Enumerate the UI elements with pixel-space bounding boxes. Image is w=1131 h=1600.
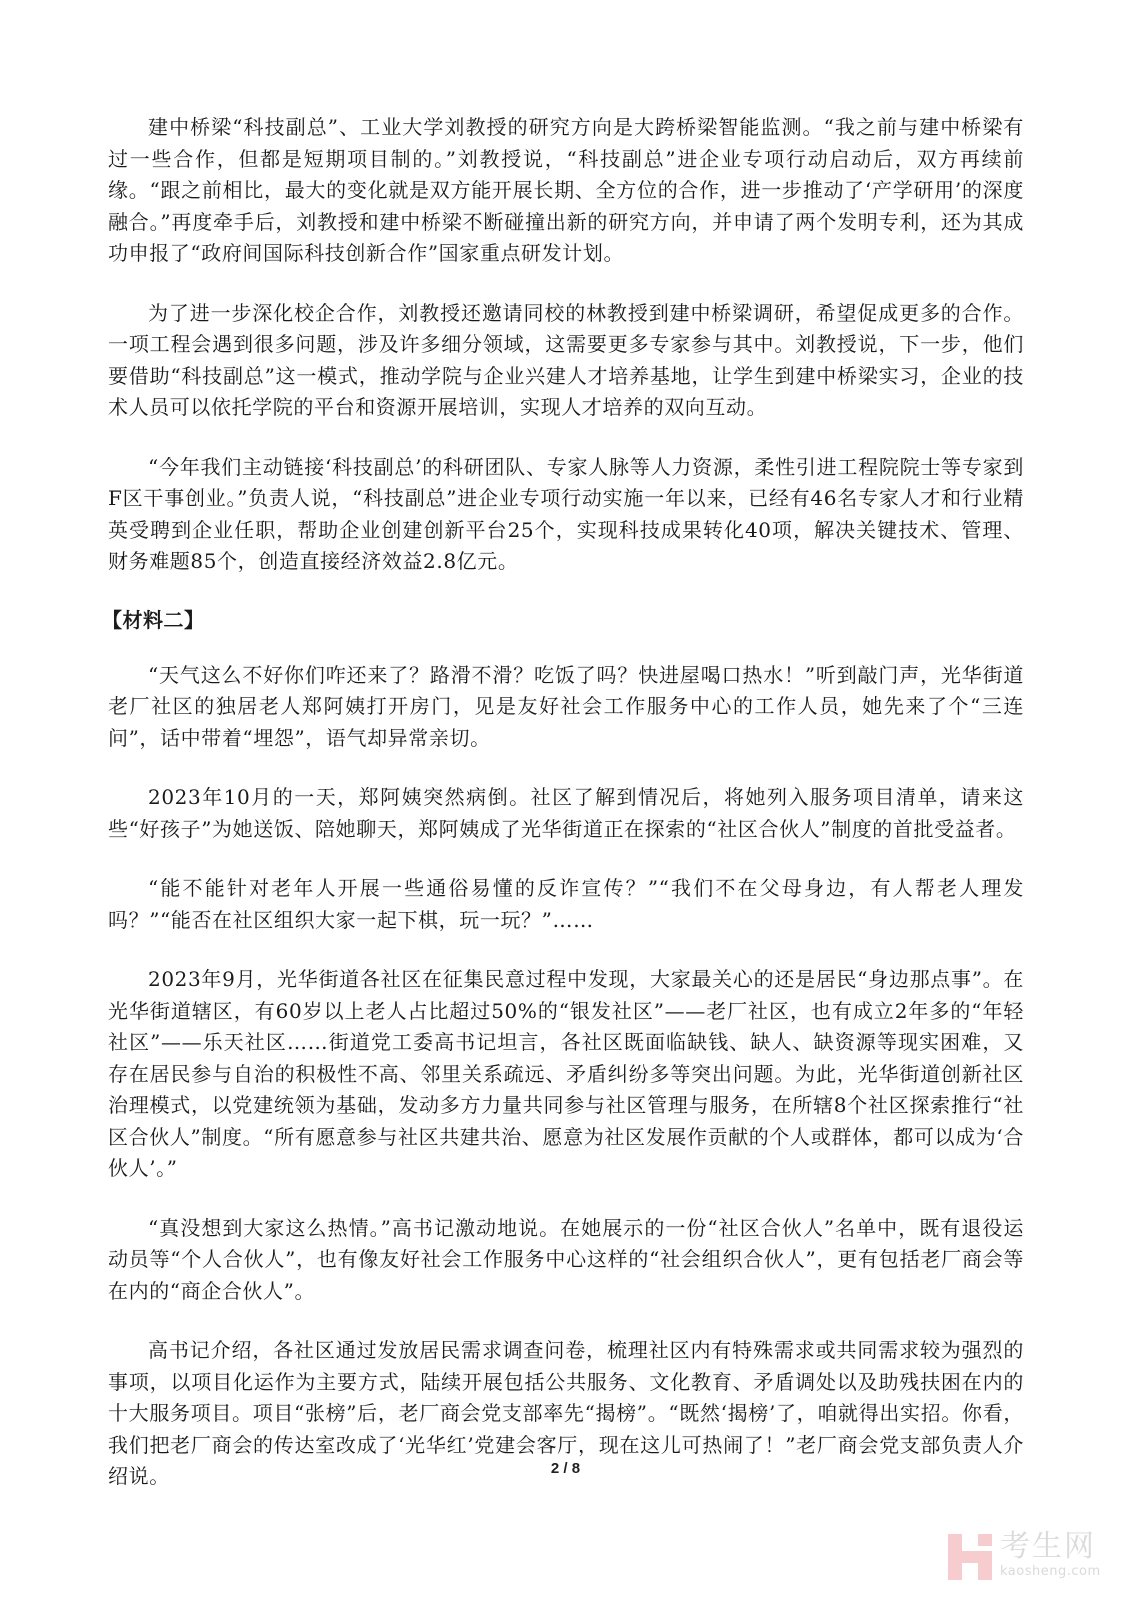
paragraph: 为了进一步深化校企合作，刘教授还邀请同校的林教授到建中桥梁调研，希望促成更多的合… (108, 298, 1024, 424)
kaosheng-logo-icon (948, 1534, 992, 1580)
watermark-brand-text: 考生网 (1000, 1530, 1096, 1564)
document-body: 建中桥梁“科技副总”、工业大学刘教授的研究方向是大跨桥梁智能监测。“我之前与建中… (108, 112, 1024, 1521)
paragraph: “天气这么不好你们咋还来了？路滑不滑？吃饭了吗？快进屋喝口热水！”听到敲门声，光… (108, 660, 1024, 755)
paragraph: 2023年10月的一天，郑阿姨突然病倒。社区了解到情况后，将她列入服务项目清单，… (108, 782, 1024, 845)
watermark: 考生网 kaosheng.com (948, 1530, 1123, 1585)
paragraph: 建中桥梁“科技副总”、工业大学刘教授的研究方向是大跨桥梁智能监测。“我之前与建中… (108, 112, 1024, 270)
section-heading: 【材料二】 (102, 606, 1024, 634)
page-number: 2 / 8 (0, 1460, 1131, 1477)
paragraph: “真没想到大家这么热情。”高书记激动地说。在她展示的一份“社区合伙人”名单中，既… (108, 1213, 1024, 1308)
paragraph: “能不能针对老年人开展一些通俗易懂的反诈宣传？”“我们不在父母身边，有人帮老人理… (108, 873, 1024, 936)
watermark-domain-text: kaosheng.com (1000, 1564, 1101, 1579)
paragraph: 2023年9月，光华街道各社区在征集民意过程中发现，大家最关心的还是居民“身边那… (108, 964, 1024, 1185)
paragraph: “今年我们主动链接‘科技副总’的科研团队、专家人脉等人力资源，柔性引进工程院院士… (108, 452, 1024, 578)
